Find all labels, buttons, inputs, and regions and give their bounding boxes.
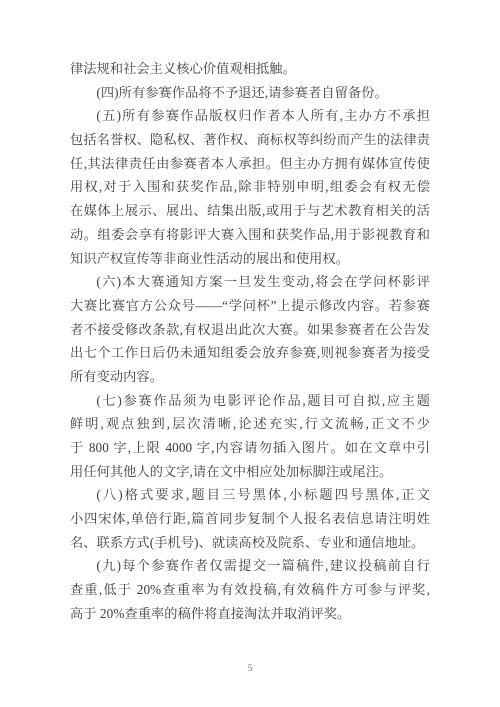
text-line: (九)每个参赛作者仅需提交一篇稿件,建议投稿前自行 [70, 554, 430, 578]
text-line: (四)所有参赛作品将不予退还,请参赛者自留备份。 [70, 81, 430, 105]
text-line: (七)参赛作品须为电影评论作品,题目可自拟,应主题 [70, 389, 430, 413]
text-line: 包括名誉权、隐私权、著作权、商标权等纠纷而产生的法律责 [70, 128, 430, 152]
text-line: 小四宋体,单倍行距,篇首同步复制个人报名表信息请注明姓 [70, 507, 430, 531]
text-line: (八)格式要求,题目三号黑体,小标题四号黑体,正文 [70, 483, 430, 507]
text-line: 出七个工作日后仍未通知组委会放弃参赛,则视参赛者为接受 [70, 341, 430, 365]
text-line: 律法规和社会主义核心价值观相抵触。 [70, 57, 430, 81]
text-line: 任,其法律责任由参赛者本人承担。但主办方拥有媒体宣传使 [70, 152, 430, 176]
text-line: 在媒体上展示、展出、结集出版,或用于与艺术教育相关的活 [70, 199, 430, 223]
text-line: 鲜明,观点独到,层次清晰,论述充实,行文流畅,正文不少 [70, 412, 430, 436]
text-line: 名、联系方式(手机号)、就读高校及院系、专业和通信地址。 [70, 531, 430, 555]
text-line: 所有变动内容。 [70, 365, 430, 389]
text-line: 于 800 字,上限 4000 字,内容请勿插入图片。如在文章中引 [70, 436, 430, 460]
text-line: (五)所有参赛作品版权归作者本人所有,主办方不承担 [70, 104, 430, 128]
text-line: 大赛比赛官方公众号——“学问杯”上提示修改内容。若参赛 [70, 294, 430, 318]
page-number: 5 [0, 661, 500, 675]
text-line: 用任何其他人的文字,请在文中相应处加标脚注或尾注。 [70, 460, 430, 484]
document-body: 律法规和社会主义核心价值观相抵触。(四)所有参赛作品将不予退还,请参赛者自留备份… [70, 57, 430, 626]
text-line: (六)本大赛通知方案一旦发生变动,将会在学问杯影评 [70, 270, 430, 294]
text-line: 知识产权宣传等非商业性活动的展出和使用权。 [70, 247, 430, 271]
text-line: 查重,低于 20%查重率为有效投稿,有效稿件方可参与评奖, [70, 578, 430, 602]
text-line: 者不接受修改条款,有权退出此次大赛。如果参赛者在公告发 [70, 318, 430, 342]
text-line: 用权,对于入围和获奖作品,除非特别申明,组委会有权无偿 [70, 175, 430, 199]
text-line: 动。组委会享有将影评大赛入围和获奖作品,用于影视教育和 [70, 223, 430, 247]
document-page: 律法规和社会主义核心价值观相抵触。(四)所有参赛作品将不予退还,请参赛者自留备份… [0, 0, 500, 707]
text-line: 高于 20%查重率的稿件将直接淘汰并取消评奖。 [70, 602, 430, 626]
